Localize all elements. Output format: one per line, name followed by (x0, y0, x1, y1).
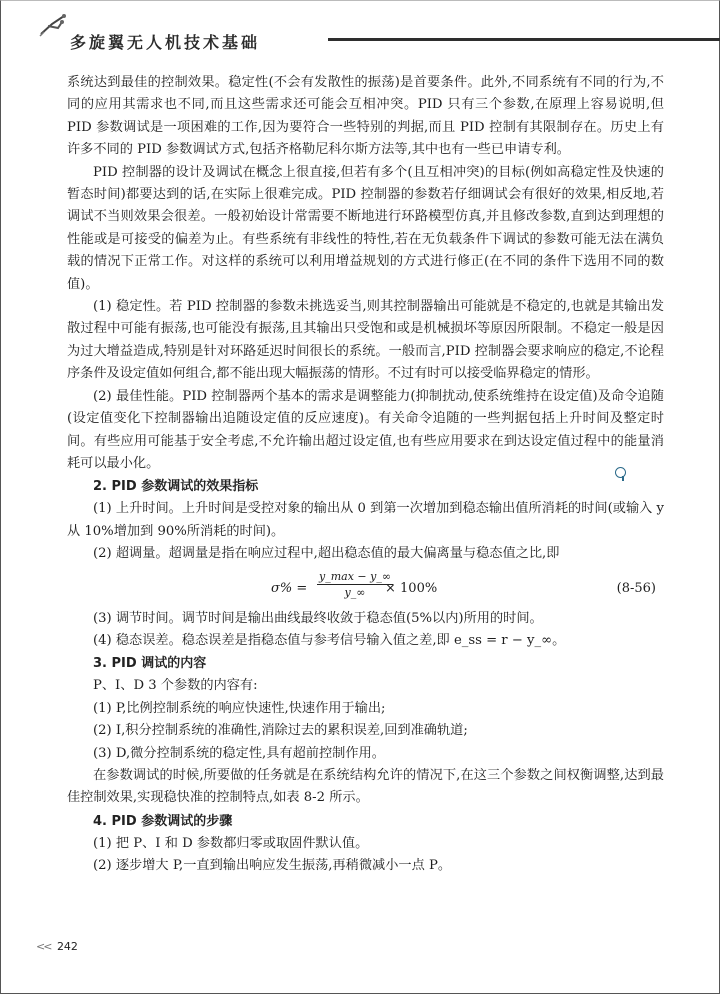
list-item: (1) 把 P、I 和 D 参数都归零或取固件默认值。 (67, 833, 664, 855)
list-item: (2) 逐步增大 P,一直到输出响应发生振荡,再稍微减小一点 P。 (67, 855, 664, 877)
list-item: (1) P,比例控制系统的响应快速性,快速作用于输出; (67, 698, 664, 720)
page-body: 系统达到最佳的控制效果。稳定性(不会有发散性的振荡)是首要条件。此外,不同系统有… (67, 72, 664, 878)
chevron-left-icon: << (36, 940, 50, 953)
equation-numerator: y_max − y_∞ (317, 570, 393, 585)
paragraph: P、I、D 3 个参数的内容有: (67, 675, 664, 697)
list-item: (3) D,微分控制系统的稳定性,具有超前控制作用。 (67, 743, 664, 765)
equation-number: (8-56) (617, 578, 656, 600)
list-item: (2) 超调量。超调量是指在响应过程中,超出稳态值的最大偏离量与稳态值之比,即 (67, 543, 664, 565)
magnifier-cursor-icon (615, 467, 626, 478)
list-item: (3) 调节时间。调节时间是输出曲线最终收敛于稳态值(5%以内)所用的时间。 (67, 608, 664, 630)
equation-lhs: σ% = (271, 578, 307, 600)
equation-denominator: y_∞ (317, 585, 393, 601)
section-heading: 4. PID 参数调试的步骤 (67, 810, 664, 833)
paragraph: 系统达到最佳的控制效果。稳定性(不会有发散性的振荡)是首要条件。此外,不同系统有… (67, 72, 664, 162)
section-heading: 3. PID 调试的内容 (67, 652, 664, 675)
header-rule (328, 38, 720, 41)
equation-fraction: y_max − y_∞ y_∞ (317, 570, 393, 601)
paragraph: PID 控制器的设计及调试在概念上很直接,但若有多个(且互相冲突)的目标(例如高… (67, 162, 664, 296)
equation-rhs: × 100% (385, 578, 437, 600)
paragraph-stability: (1) 稳定性。若 PID 控制器的参数未挑选妥当,则其控制器输出可能就是不稳定… (67, 296, 664, 386)
list-item: (4) 稳态误差。稳态误差是指稳态值与参考信号输入值之差,即 e_ss = r … (67, 630, 664, 652)
paragraph: 在参数调试的时候,所要做的任务就是在系统结构允许的情况下,在这三个参数之间权衡调… (67, 765, 664, 810)
list-item: (2) I,积分控制系统的准确性,消除过去的累积误差,回到准确轨道; (67, 720, 664, 742)
book-title: 多旋翼无人机技术基础 (70, 30, 260, 53)
list-item: (1) 上升时间。上升时间是受控对象的输出从 0 到第一次增加到稳态输出值所消耗… (67, 498, 664, 543)
page-footer: << 242 (36, 940, 78, 953)
drone-icon (38, 12, 68, 42)
equation-overshoot: σ% = y_max − y_∞ y_∞ × 100% (8-56) (67, 568, 664, 608)
running-header: 多旋翼无人机技术基础 (38, 8, 720, 56)
page-number: 242 (57, 940, 78, 953)
section-heading: 2. PID 参数调试的效果指标 (67, 475, 664, 498)
paragraph-performance: (2) 最佳性能。PID 控制器两个基本的需求是调整能力(抑制扰动,使系统维持在… (67, 386, 664, 476)
